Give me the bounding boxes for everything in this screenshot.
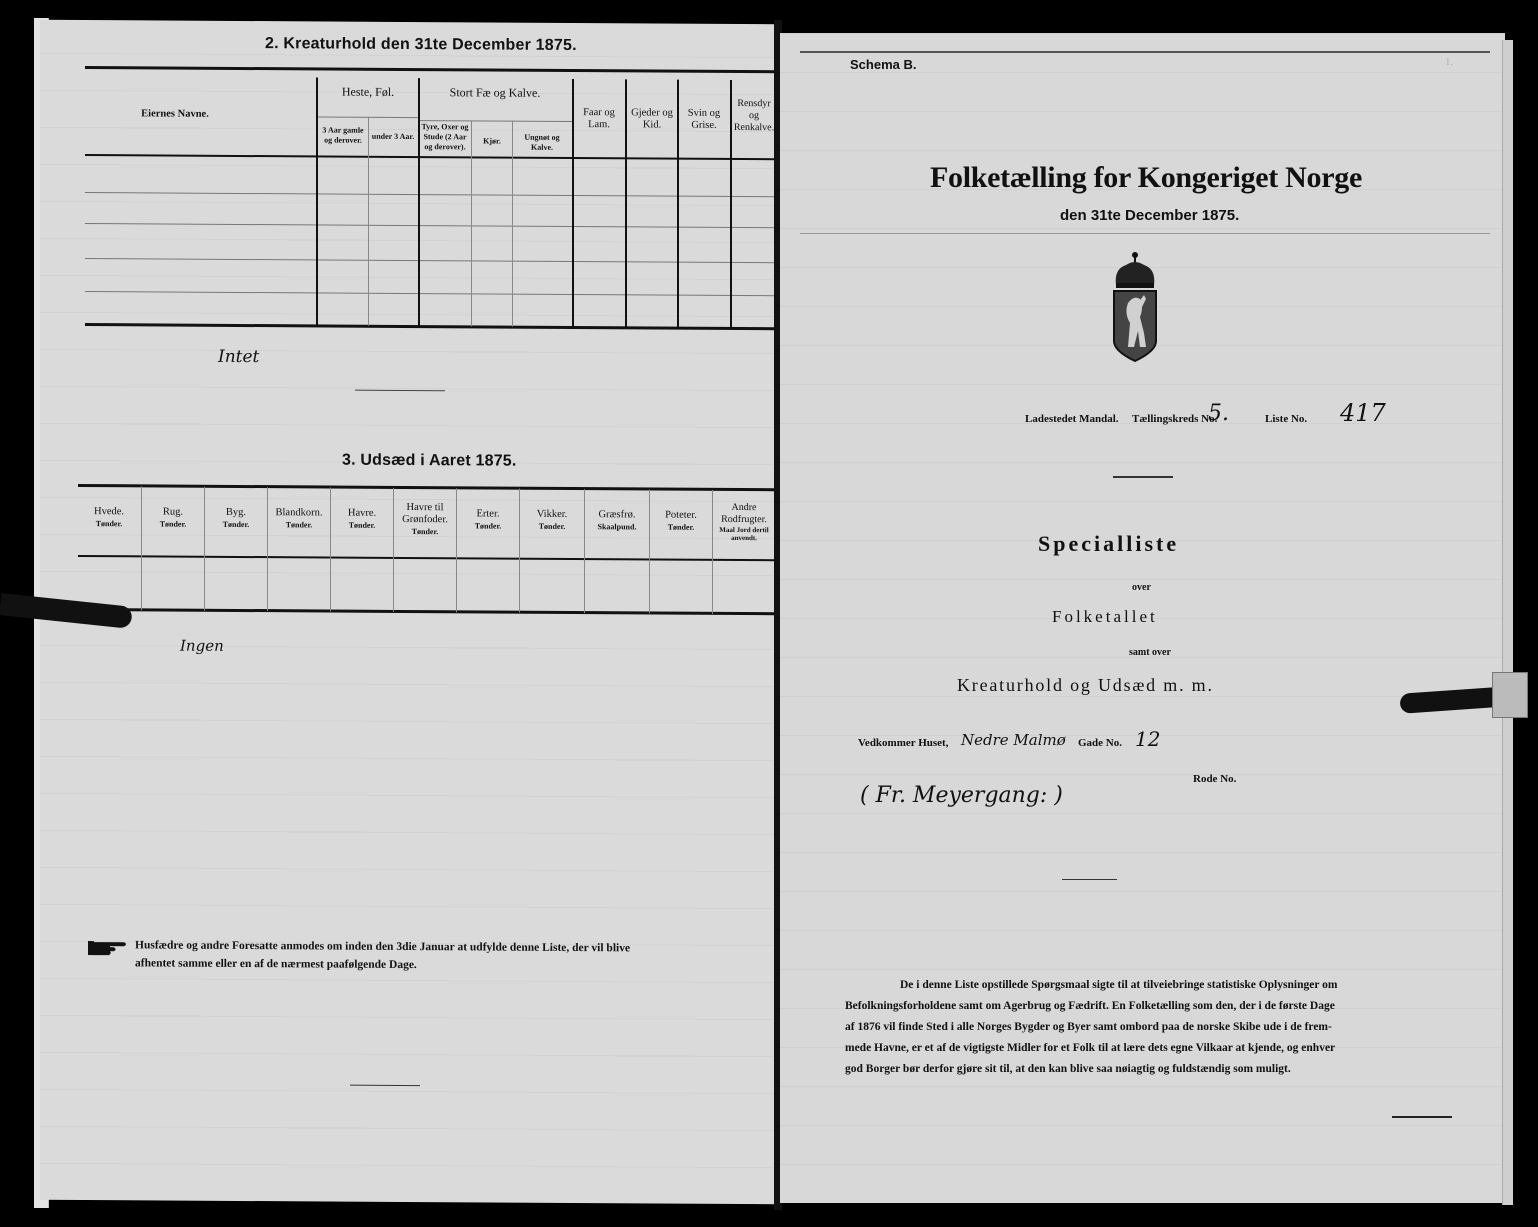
- col-unit: Tønder.: [394, 526, 456, 538]
- row-line: [85, 291, 775, 296]
- udsaed-col-vikker: Vikker.Tønder.: [520, 509, 584, 533]
- section3-title: 3. Udsæd i Aaret 1875.: [342, 452, 517, 471]
- divider-line: [1062, 879, 1117, 880]
- col-label: Byg.: [205, 507, 267, 519]
- udsaed-col-andre-rodfrugter: Andre Rodfrugter.Maal Jord dertil anvend…: [713, 502, 775, 542]
- column-divider: [512, 121, 513, 327]
- col-unit: Tønder.: [142, 518, 204, 530]
- owner-column-header: Eiernes Navne.: [110, 108, 240, 121]
- paragraph-line: god Borger bør derfor gjøre sit til, at …: [845, 1059, 1410, 1080]
- rode-no-label: Rode No.: [1193, 773, 1236, 785]
- heste-group-header: Heste, Føl.: [318, 85, 418, 98]
- pointing-hand-icon: [88, 938, 128, 958]
- kjor-header: Kjør.: [472, 136, 512, 146]
- row-line: [85, 192, 775, 197]
- column-divider: [471, 120, 472, 326]
- column-divider: [584, 489, 585, 613]
- col-label: Poteter.: [650, 509, 712, 521]
- col-label: Rug.: [142, 506, 204, 518]
- paragraph-line: mede Havne, er et af de vigtigste Midler…: [845, 1038, 1410, 1059]
- section2-title: 2. Kreaturhold den 31te December 1875.: [265, 35, 577, 55]
- column-divider: [368, 118, 369, 326]
- col-unit: Tønder.: [650, 521, 712, 533]
- notice-text: Husfædre og andre Foresatte anmodes om i…: [135, 936, 720, 976]
- specialliste-heading: Specialliste: [1038, 531, 1179, 557]
- gade-no-label: Gade No.: [1078, 737, 1122, 749]
- norwegian-coat-of-arms-icon: [1110, 251, 1160, 363]
- udsaed-col-erter: Erter.Tønder.: [457, 508, 519, 532]
- column-divider: [519, 489, 520, 613]
- table-header-rule: [85, 154, 775, 160]
- col-unit: Tønder.: [205, 519, 267, 531]
- col-unit: Tønder.: [331, 520, 393, 532]
- column-divider: [316, 77, 318, 325]
- right-page-edge: [1502, 40, 1513, 1205]
- col-label: Blandkorn.: [268, 507, 330, 519]
- column-divider: [330, 488, 331, 612]
- over-text: over: [1132, 582, 1151, 593]
- udsaed-col-havre-gronfoder: Havre til Grønfoder.Tønder.: [394, 502, 456, 538]
- col-label: Erter.: [457, 508, 519, 520]
- heste-under-3-header: under 3 Aar.: [369, 132, 417, 142]
- liste-label: Liste No.: [1265, 413, 1307, 425]
- column-divider: [649, 489, 650, 613]
- paragraph-line: De i denne Liste opstillede Spørgsmaal s…: [845, 975, 1410, 996]
- street-value: Nedre Malmø: [961, 731, 1066, 749]
- binder-tape: [1492, 672, 1528, 718]
- col-label: Andre Rodfrugter.: [713, 502, 775, 526]
- col-unit: Tønder.: [457, 520, 519, 532]
- udsaed-col-blandkorn: Blandkorn.Tønder.: [268, 507, 330, 531]
- explanation-paragraph: De i denne Liste opstillede Spørgsmaal s…: [845, 975, 1410, 1080]
- table-header-rule: [78, 555, 775, 561]
- udsaed-col-rug: Rug.Tønder.: [142, 506, 204, 530]
- udsaed-col-byg: Byg.Tønder.: [205, 507, 267, 531]
- paragraph-line: Befolkningsforholdene samt om Agerbrug o…: [845, 996, 1410, 1017]
- table-bottom-rule: [85, 323, 775, 330]
- address-note: ( Fr. Meyergang: ): [860, 783, 1063, 808]
- rensdyr-header: Rensdyr og Renkalve.: [732, 98, 776, 134]
- heste-3-aar-header: 3 Aar gamle og derover.: [318, 125, 368, 145]
- col-label: Vikker.: [520, 509, 584, 521]
- svin-header: Svin og Grise.: [679, 108, 729, 132]
- col-label: Hvede.: [78, 506, 140, 518]
- divider-line: [1392, 1116, 1452, 1118]
- divider-line: [1113, 476, 1173, 478]
- folketallet-text: Folketallet: [1052, 607, 1158, 627]
- column-divider: [267, 487, 268, 611]
- main-title: Folketælling for Kongeriget Norge: [930, 161, 1362, 195]
- col-unit: Tønder.: [268, 519, 330, 531]
- faar-header: Faar og Lam.: [574, 107, 624, 131]
- row-line: [85, 223, 775, 228]
- paragraph-line: af 1876 vil finde Sted i alle Norges Byg…: [845, 1017, 1410, 1038]
- gjeder-header: Gjeder og Kid.: [627, 107, 677, 131]
- col-label: Havre.: [331, 508, 393, 520]
- gade-no-value: 12: [1135, 727, 1160, 751]
- schema-label: Schema B.: [850, 57, 916, 72]
- table-top-rule: [85, 66, 775, 73]
- ghost-column-number: 1.: [1445, 57, 1453, 68]
- tellingskreds-value: 5.: [1208, 401, 1229, 426]
- stort-fae-group-header: Stort Fæ og Kalve.: [420, 86, 570, 99]
- kreaturhold-text: Kreaturhold og Udsæd m. m.: [957, 675, 1214, 696]
- col-label: Græsfrø.: [585, 509, 649, 521]
- column-divider: [456, 488, 457, 612]
- col-unit: Tønder.: [520, 521, 584, 533]
- column-divider: [141, 486, 142, 610]
- col-label: Havre til Grønfoder.: [394, 502, 456, 526]
- udsaed-col-hvede: Hvede.Tønder.: [78, 506, 140, 530]
- notice-line-2: afhentet samme eller en af de nærmest pa…: [135, 954, 720, 976]
- header-rule: [800, 51, 1490, 53]
- udsaed-col-poteter: Poteter.Tønder.: [650, 509, 712, 533]
- right-page: Schema B. 1. Folketælling for Kongeriget…: [780, 33, 1505, 1203]
- udsaed-col-havre: Havre.Tønder.: [331, 508, 393, 532]
- col-unit: Maal Jord dertil anvendt.: [713, 526, 775, 542]
- udsaed-col-graesfro: Græsfrø.Skaalpund.: [585, 509, 649, 533]
- ladestedet-label: Ladestedet Mandal.: [1025, 413, 1119, 425]
- handwritten-intet: Intet: [218, 347, 259, 367]
- handwritten-ingen: Ingen: [180, 637, 224, 655]
- column-divider: [204, 487, 205, 611]
- divider-line: [350, 1085, 420, 1086]
- col-unit: Skaalpund.: [585, 521, 649, 533]
- row-line: [85, 258, 775, 263]
- liste-value: 417: [1340, 399, 1386, 427]
- census-date: den 31te December 1875.: [1060, 207, 1239, 224]
- table-bottom-rule: [78, 608, 775, 615]
- tyre-oxer-header: Tyre, Oxer og Stude (2 Aar og derover).: [420, 122, 470, 152]
- ghost-rule: [800, 233, 1490, 234]
- tellingskreds-label: Tællingskreds No.: [1132, 413, 1217, 425]
- samt-over-text: samt over: [1129, 647, 1171, 658]
- vedkommer-huset-label: Vedkommer Huset,: [858, 737, 948, 749]
- divider-line: [355, 390, 445, 392]
- col-unit: Tønder.: [78, 518, 140, 530]
- left-page: 2. Kreaturhold den 31te December 1875. E…: [40, 20, 775, 1204]
- ungnot-header: Ungnøt og Kalve.: [514, 133, 570, 153]
- column-divider: [418, 78, 420, 326]
- table-top-rule: [78, 484, 775, 491]
